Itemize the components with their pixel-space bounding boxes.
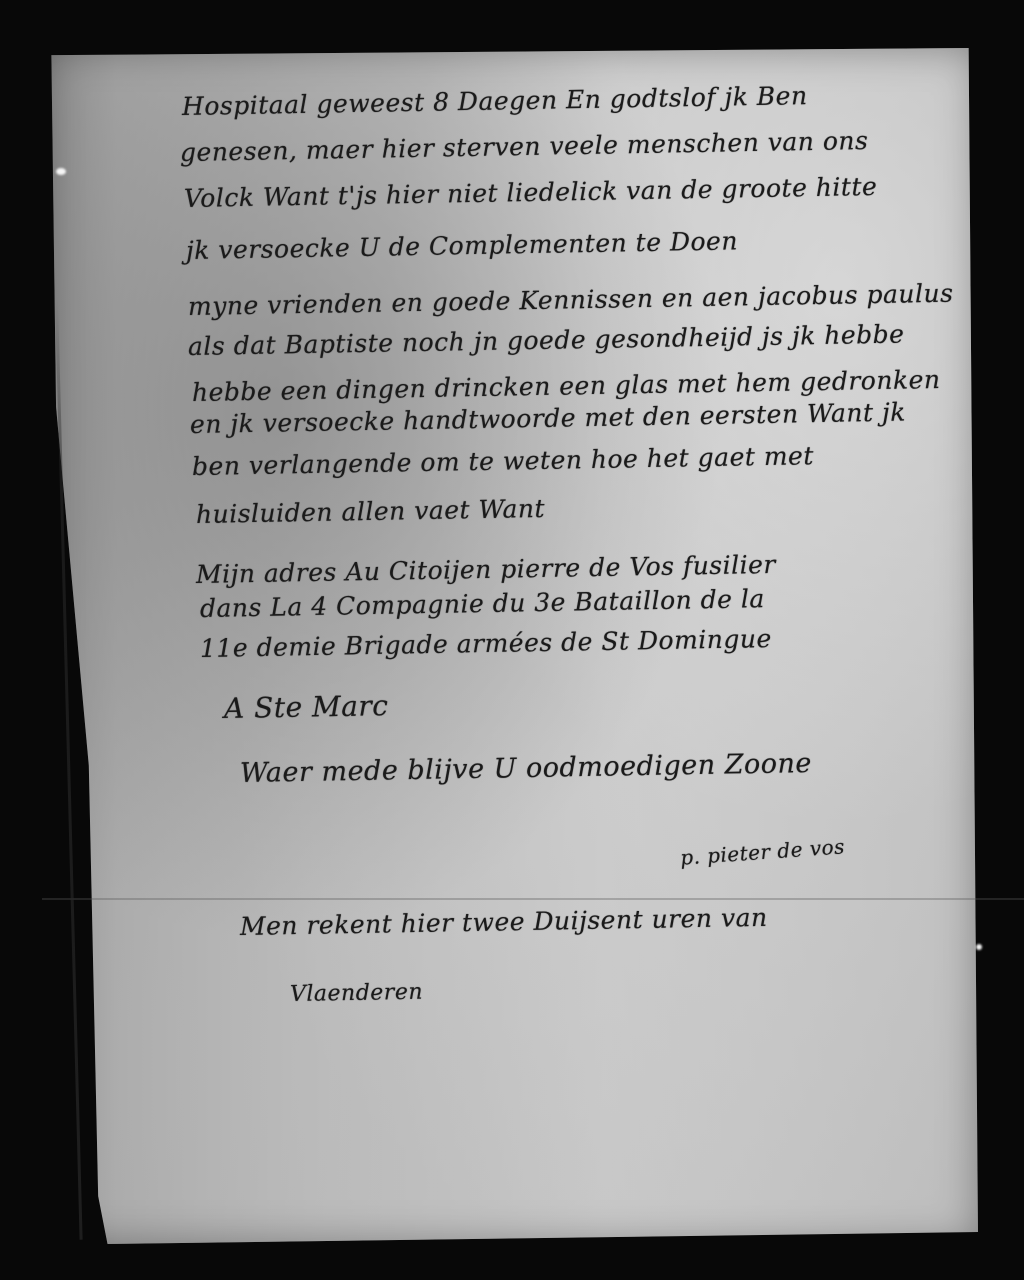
postscript-line: Vlaenderen xyxy=(290,980,423,1007)
paper-fold-line xyxy=(42,898,1024,900)
scan-glare-spot xyxy=(56,168,66,175)
scan-glare-spot xyxy=(976,944,982,950)
address-line: A Ste Marc xyxy=(224,689,389,725)
scanned-document: Hospitaal geweest 8 Daegen En godtslof j… xyxy=(0,0,1024,1280)
body-line: huisluiden allen vaet Want xyxy=(196,494,546,529)
